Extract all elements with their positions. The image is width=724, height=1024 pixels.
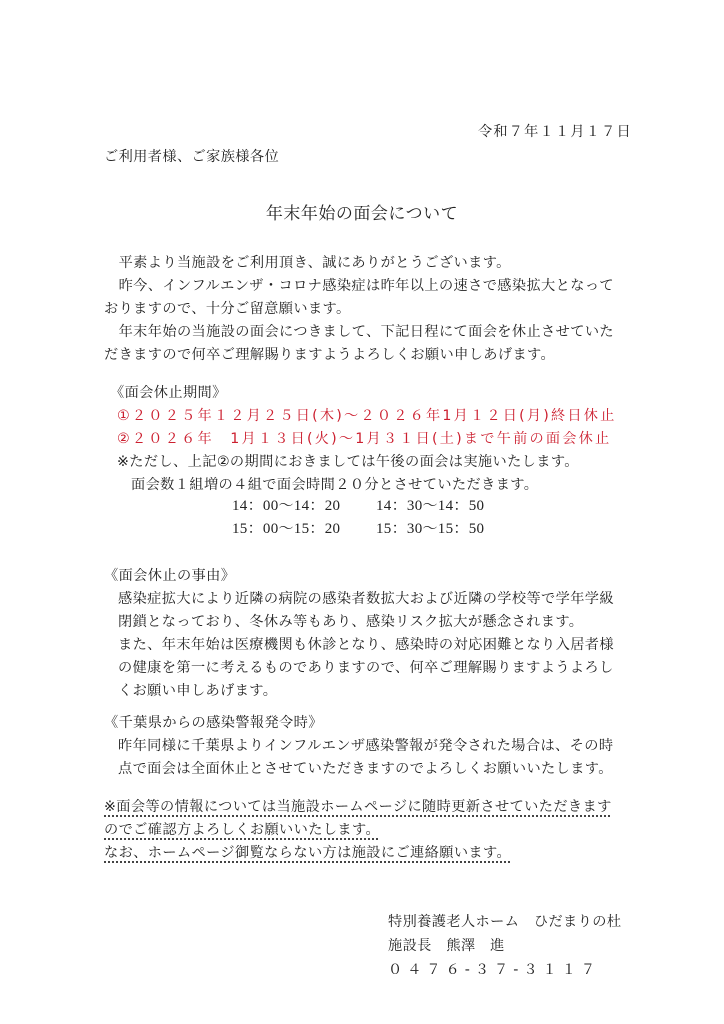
director-name: 施設長 熊澤 進 bbox=[388, 934, 505, 958]
notice-line: のでご確認方よろしくお願いいたします。 bbox=[104, 822, 380, 838]
suspension-note: ※ただし、上記②の期間におきましては午後の面会は実施いたします。 bbox=[117, 451, 579, 474]
intro-line: 昨今、インフルエンザ・コロナ感染症は昨年以上の速さで感染拡大となって bbox=[104, 275, 614, 298]
section-heading: 《面会休止の事由》 bbox=[104, 565, 235, 588]
reason-line: くお願い申しあげます。 bbox=[118, 680, 277, 703]
reason-line: また、年末年始は医療機関も休診となり、感染時の対応困難となり入居者様 bbox=[118, 634, 614, 657]
suspension-note-2: 面会数１組増の４組で面会時間２０分とさせていただきます。 bbox=[131, 474, 538, 497]
notice-line: なお、ホームページ御覧ならない方は施設にご連絡願います。 bbox=[104, 845, 511, 861]
suspension-item-1: ①２０２５年１２月２５日(木)～２０２６年1月１２日(月)終日休止 bbox=[117, 405, 617, 428]
time-slot: 15：00～15：20 bbox=[232, 518, 340, 541]
addressee: ご利用者様、ご家族様各位 bbox=[104, 146, 279, 169]
reason-line: 感染症拡大により近隣の病院の感染者数拡大および近隣の学校等で学年学級 bbox=[118, 588, 614, 611]
intro-line: 年末年始の当施設の面会につきまして、下記日程にて面会を休止させていた bbox=[104, 321, 614, 344]
reason-line: 閉鎖となっており、冬休み等もあり、感染リスク拡大が懸念されます。 bbox=[118, 611, 583, 634]
document-date: 令和７年１１月１７日 bbox=[478, 121, 632, 141]
time-slot: 14：30～14：50 bbox=[376, 495, 484, 518]
time-slot: 15：30～15：50 bbox=[376, 518, 484, 541]
alert-line: 点で面会は全面休止とさせていただきますのでよろしくお願いいたします。 bbox=[118, 758, 613, 781]
notice-document: 令和７年１１月１７日 ご利用者様、ご家族様各位 年末年始の面会について 平素より… bbox=[0, 0, 724, 1024]
intro-line: おりますので、十分ご留意願います。 bbox=[104, 298, 351, 321]
time-slot: 14：00～14：20 bbox=[232, 495, 340, 518]
intro-line: だきますので何卒ご理解賜りますようよろしくお願い申しあげます。 bbox=[104, 344, 555, 367]
phone-number: ０４７６-３７-３１１７ bbox=[388, 958, 600, 982]
suspension-item-2: ②２０２６年 1月１３日(火)～1月３１日(土)まで午前の面会休止 bbox=[117, 428, 611, 451]
alert-line: 昨年同様に千葉県よりインフルエンザ感染警報が発令された場合は、その時 bbox=[118, 735, 613, 758]
section-heading: 《面会休止期間》 bbox=[110, 382, 227, 405]
intro-line: 平素より当施設をご利用頂き、誠にありがとうございます。 bbox=[104, 252, 511, 275]
notice-line: ※面会等の情報については当施設ホームページに随時更新させていただきます bbox=[104, 799, 612, 815]
reason-line: の健康を第一に考えるものでありますので、何卒ご理解賜りますようよろし bbox=[118, 657, 614, 680]
facility-name: 特別養護老人ホーム ひだまりの杜 bbox=[388, 910, 621, 934]
document-title: 年末年始の面会について bbox=[0, 199, 724, 224]
section-heading: 《千葉県からの感染警報発令時》 bbox=[104, 712, 323, 735]
